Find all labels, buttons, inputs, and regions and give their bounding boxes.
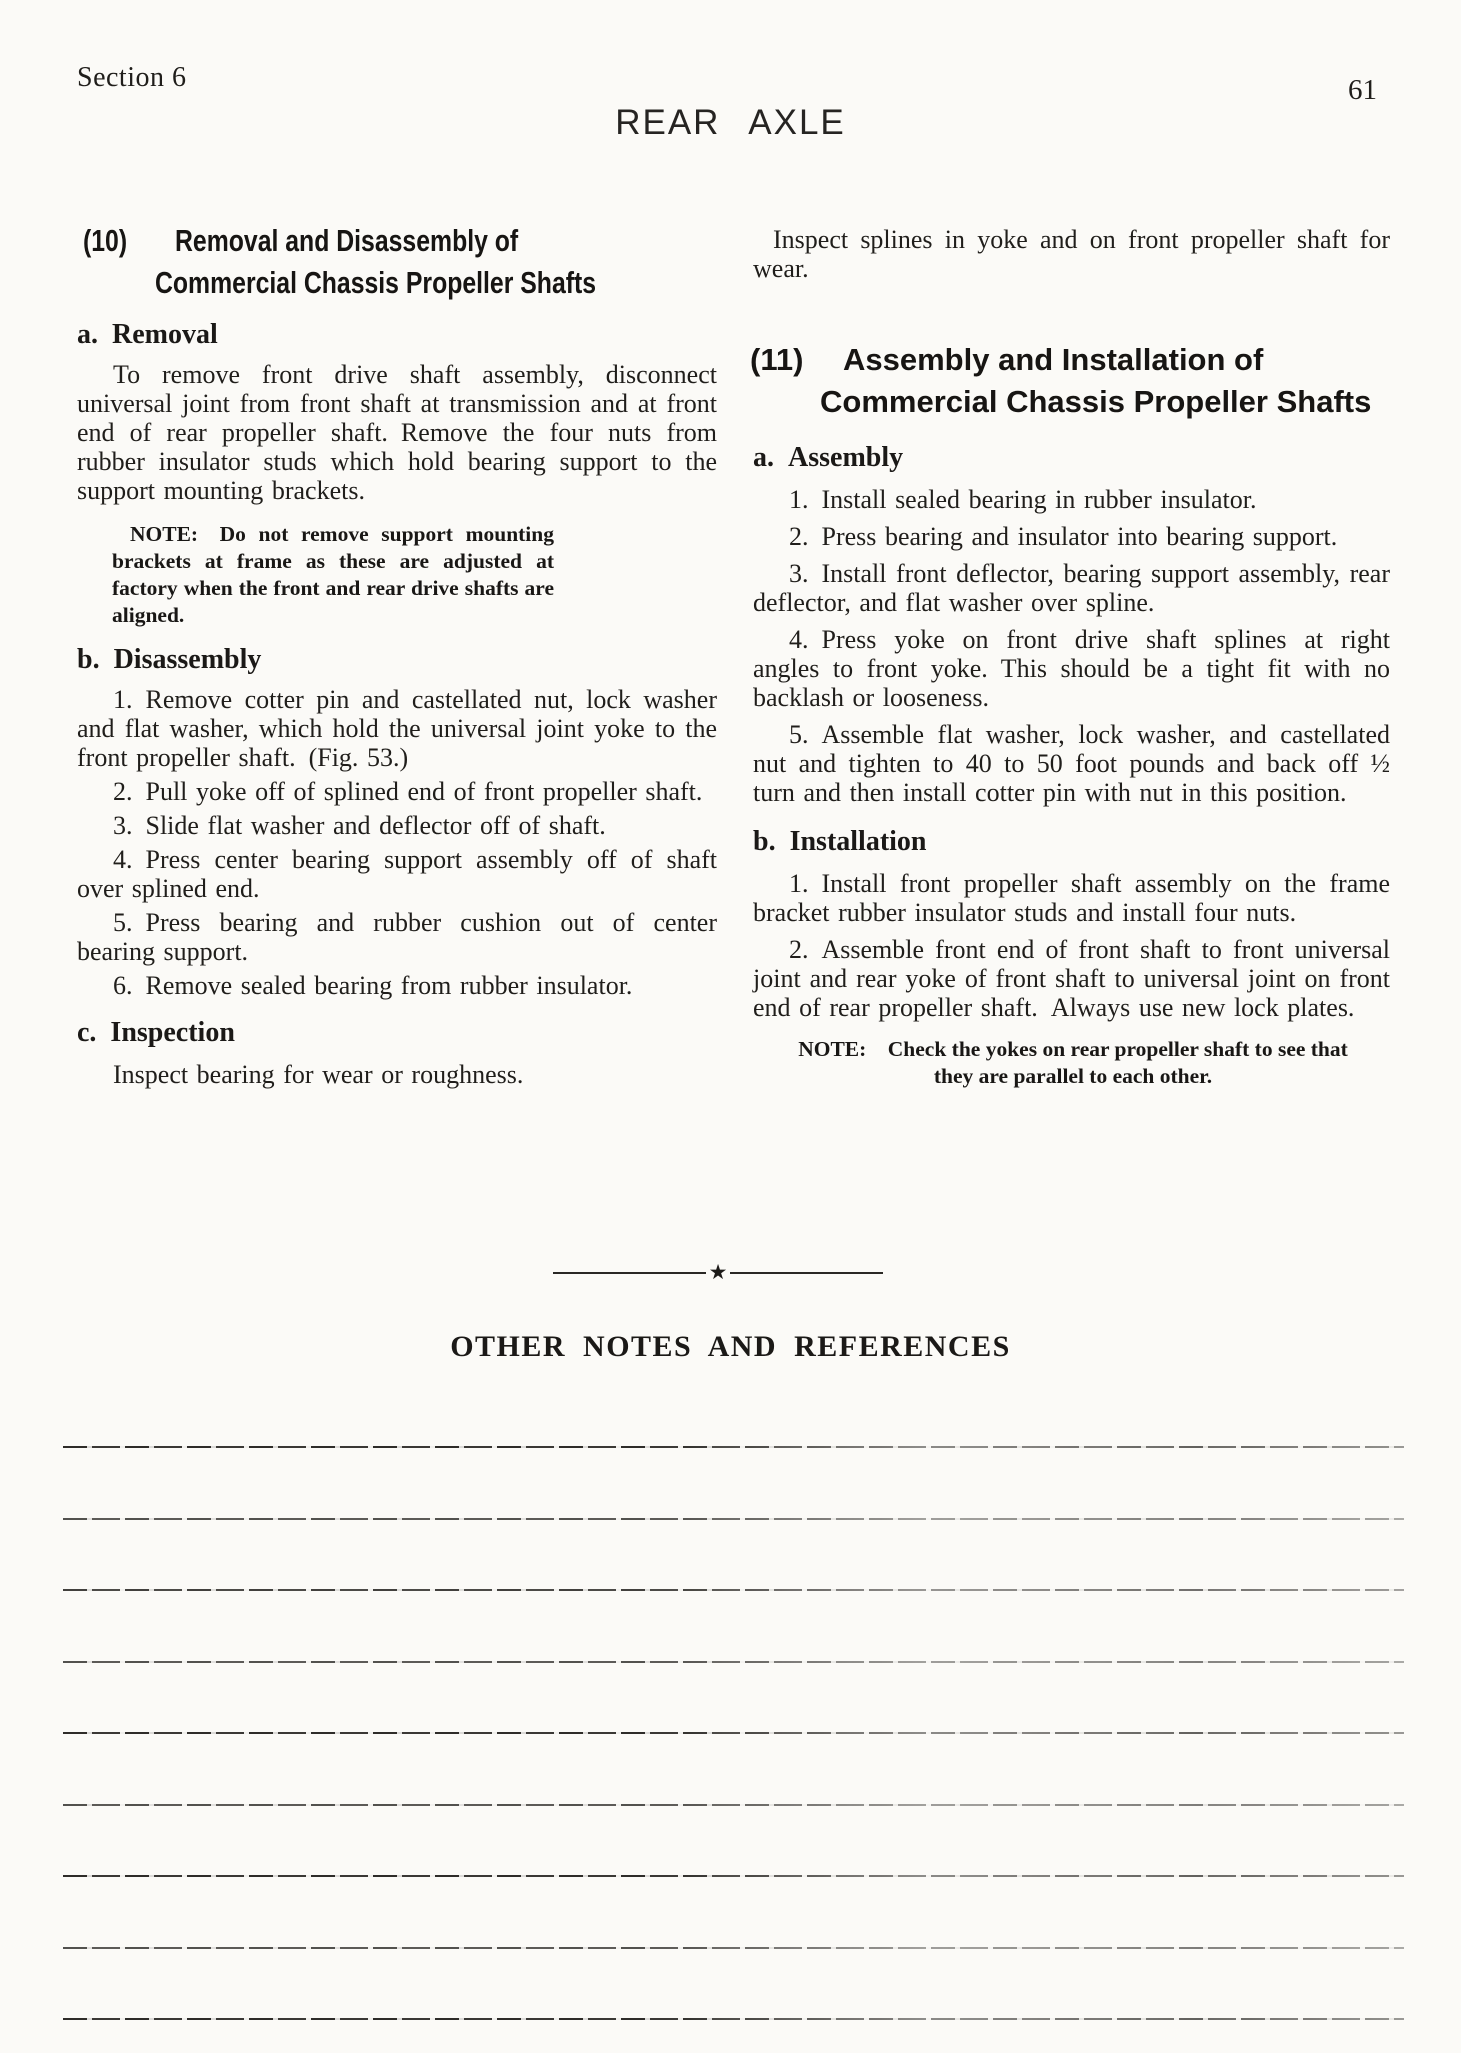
disassembly-step: 3. Slide flat washer and deflector off o… bbox=[77, 811, 717, 840]
assembly-step: 3. Install front deflector, bearing supp… bbox=[753, 559, 1390, 617]
disassembly-step: 1. Remove cotter pin and castellated nut… bbox=[77, 685, 717, 772]
manual-page: Section 6 61 REAR AXLE (10) Removal and … bbox=[0, 0, 1461, 2053]
disassembly-step: 4. Press center bearing support assembly… bbox=[77, 845, 717, 903]
heading-10-line1: Removal and Disassembly of bbox=[175, 220, 518, 262]
heading-10-line2: Commercial Chassis Propeller Shafts bbox=[155, 262, 596, 304]
disassembly-step: 2. Pull yoke off of splined end of front… bbox=[77, 777, 717, 806]
other-notes-heading: OTHER NOTES AND REFERENCES bbox=[0, 1330, 1461, 1364]
subhead-removal: a. Removal bbox=[77, 318, 717, 352]
ruled-line bbox=[63, 1804, 1404, 1806]
installation-step: 1. Install front propeller shaft assembl… bbox=[753, 869, 1390, 927]
ruled-line bbox=[63, 1589, 1404, 1591]
disassembly-step: 6. Remove sealed bearing from rubber ins… bbox=[77, 971, 717, 1000]
ruled-line bbox=[63, 2018, 1404, 2020]
right-column: Inspect splines in yoke and on front pro… bbox=[753, 225, 1390, 1090]
inspection-continued-paragraph: Inspect splines in yoke and on front pro… bbox=[753, 225, 1390, 283]
ruled-line bbox=[63, 1446, 1404, 1448]
assembly-step: 4. Press yoke on front drive shaft splin… bbox=[753, 625, 1390, 712]
heading-11-line2: Commercial Chassis Propeller Shafts bbox=[820, 384, 1371, 419]
section-label: Section 6 bbox=[77, 62, 187, 94]
ruled-line bbox=[63, 1732, 1404, 1734]
inspection-paragraph: Inspect bearing for wear or roughness. bbox=[77, 1060, 717, 1089]
heading-10-number: (10) bbox=[83, 220, 127, 262]
removal-note: NOTE: Do not remove support mounting bra… bbox=[112, 521, 554, 629]
assembly-step: 5. Assemble flat washer, lock washer, an… bbox=[753, 720, 1390, 807]
assembly-step: 2. Press bearing and insulator into bear… bbox=[753, 522, 1390, 551]
ruled-line bbox=[63, 1661, 1404, 1663]
left-column: (10) Removal and Disassembly of Commerci… bbox=[77, 220, 717, 1089]
heading-11-number: (11) bbox=[750, 342, 803, 377]
subhead-assembly: a. Assembly bbox=[753, 441, 1390, 475]
subhead-inspection: c. Inspection bbox=[77, 1016, 717, 1050]
heading-11-line1: Assembly and Installation of bbox=[843, 342, 1263, 377]
divider-line-right bbox=[730, 1272, 883, 1274]
page-title: REAR AXLE bbox=[0, 103, 1461, 143]
ruled-line bbox=[63, 1947, 1404, 1949]
installation-note: NOTE: Check the yokes on rear propeller … bbox=[793, 1036, 1353, 1090]
disassembly-step: 5. Press bearing and rubber cushion out … bbox=[77, 908, 717, 966]
subhead-installation: b. Installation bbox=[753, 825, 1390, 859]
ruled-lines bbox=[63, 1446, 1404, 2020]
ruled-line bbox=[63, 1518, 1404, 1520]
divider-line-left bbox=[553, 1272, 706, 1274]
star-divider: ★ bbox=[553, 1262, 883, 1284]
heading-11: (11) Assembly and Installation of Commer… bbox=[753, 339, 1390, 423]
ruled-line bbox=[63, 1875, 1404, 1877]
installation-step: 2. Assemble front end of front shaft to … bbox=[753, 935, 1390, 1022]
removal-paragraph: To remove front drive shaft assembly, di… bbox=[77, 360, 717, 505]
heading-10: (10) Removal and Disassembly of Commerci… bbox=[77, 220, 717, 304]
subhead-disassembly: b. Disassembly bbox=[77, 643, 717, 677]
star-icon: ★ bbox=[706, 1262, 731, 1283]
assembly-step: 1. Install sealed bearing in rubber insu… bbox=[753, 485, 1390, 514]
